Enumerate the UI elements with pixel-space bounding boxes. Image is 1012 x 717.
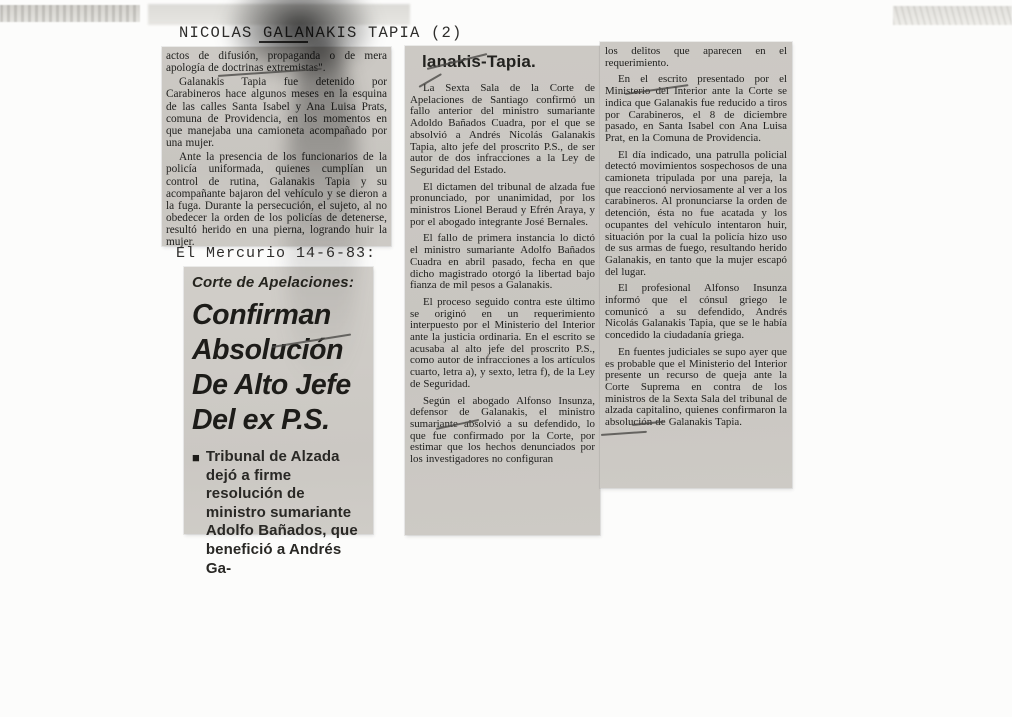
news-clipping-right-column: los delitos que aparecen en el requerimi… [600, 42, 792, 488]
headline-kicker: Corte de Apelaciones: [192, 274, 365, 291]
clipping-paragraph: En fuentes judiciales se supo ayer que e… [605, 347, 787, 429]
headline-line: Absolución [192, 333, 365, 368]
source-date-note: El Mercurio 14-6-83: [176, 245, 376, 262]
headline-deck: ■ Tribunal de Alzada dejó a firme resolu… [192, 448, 365, 578]
headline-deck-text: Tribunal de Alzada dejó a firme resoluci… [206, 448, 365, 578]
square-bullet-icon: ■ [192, 450, 200, 578]
page-heading: NICOLAS GALANAKIS TAPIA (2) [179, 24, 463, 42]
news-clipping-headline: Corte de Apelaciones: Confirman Absoluci… [184, 267, 373, 534]
clipping-paragraph: La Sexta Sala de la Corte de Apelaciones… [410, 83, 595, 177]
clipping-paragraph: Según el abogado Alfonso Insunza, defens… [410, 396, 595, 466]
clipping-paragraph: El proceso seguido contra este último se… [410, 297, 595, 391]
headline-line: De Alto Jefe [192, 368, 365, 403]
news-clipping-center-column: lanakis-Tapia. La Sexta Sala de la Corte… [405, 46, 600, 535]
clipping-paragraph: El día indicado, una patrulla policial d… [605, 150, 787, 279]
clipping-paragraph: los delitos que aparecen en el requerimi… [605, 46, 787, 69]
clipping-paragraph: En el escrito presentado por el Minister… [605, 74, 787, 144]
clipping-paragraph: El profesional Alfonso Insunza informó q… [605, 283, 787, 342]
headline-line: Confirman [192, 298, 365, 333]
jump-head-title: lanakis-Tapia. [422, 52, 595, 72]
scan-edge-texture-center [148, 4, 410, 25]
scan-edge-texture-left [0, 5, 140, 22]
news-clipping-left-column: actos de difusión, propaganda o de mera … [162, 47, 391, 246]
heading-underline-mark [259, 41, 308, 43]
clipping-paragraph: Ante la presencia de los funcionarios de… [166, 151, 387, 248]
clipping-paragraph: El fallo de primera instancia lo dictó e… [410, 233, 595, 292]
scan-edge-texture-right [893, 6, 1012, 25]
headline-line: Del ex P.S. [192, 403, 365, 438]
clipping-paragraph: El dictamen del tribunal de alzada fue p… [410, 182, 595, 229]
clipping-paragraph: Galanakis Tapia fue detenido por Carabin… [166, 76, 387, 149]
clipping-paragraph: actos de difusión, propaganda o de mera … [166, 50, 387, 74]
